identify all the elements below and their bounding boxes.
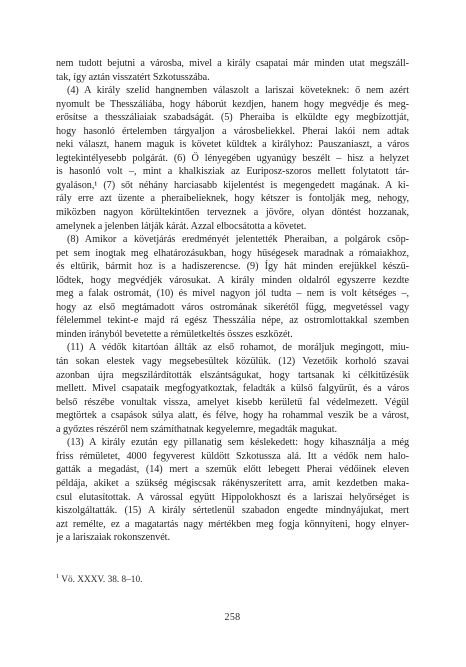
text-line: lődtek, hogy megvédjék városukat. A kirá… bbox=[56, 274, 409, 288]
text-line: meg a falak ostromát, (10) és mivel nagy… bbox=[56, 287, 409, 301]
text-line: nem tudott bejutni a városba, mivel a ki… bbox=[56, 57, 409, 71]
paragraph: nem tudott bejutni a városba, mivel a ki… bbox=[56, 57, 409, 84]
page-number: 258 bbox=[56, 612, 409, 623]
text-line: is hasonló volt –, mint a khalkisziak az… bbox=[56, 165, 409, 179]
paragraph: (4) A király szelíd hangnemben válaszolt… bbox=[56, 84, 409, 233]
paragraph: (13) A király ezután egy pillanatig sem … bbox=[56, 436, 409, 544]
text-line: (4) A király szelíd hangnemben válaszolt… bbox=[56, 84, 409, 98]
text-line: minden irányból bevetette a rémületkelté… bbox=[56, 328, 409, 342]
text-line: azt remélte, ez a magatartás nagy mérték… bbox=[56, 518, 409, 532]
text-line: miközben nagyon körültekintően terveznek… bbox=[56, 206, 409, 220]
text-line: hogy az első megtámadott város ostromána… bbox=[56, 301, 409, 315]
footnote-text: Vö. XXXV. 38. 8–10. bbox=[61, 575, 142, 585]
text-line: gyaláson,¹ (7) sőt néhány harciasabb kij… bbox=[56, 179, 409, 193]
text-line: je a lariszaiak rokonszenvét. bbox=[56, 531, 409, 545]
text-line: legtekintélyesebb polgárát. (6) Ő lényeg… bbox=[56, 152, 409, 166]
text-line: pet sem inogtak meg elhatározásukban, ho… bbox=[56, 247, 409, 261]
text-line: amelynek a jelenben látják kárát. Azzal … bbox=[56, 220, 409, 234]
text-line: friss rémületet, 4000 fegyverest küldött… bbox=[56, 450, 409, 464]
text-line: csul elutasítottak. A várossal együtt Hi… bbox=[56, 491, 409, 505]
footnote-marker: 1 bbox=[56, 573, 59, 580]
text-line: hogy hasonló értelemben tárgyaljon a vár… bbox=[56, 125, 409, 139]
text-line: erősítse a thesszáliaiak szabadságát. (5… bbox=[56, 111, 409, 125]
text-line: nyomult be Thesszáliába, hogy háborút ke… bbox=[56, 98, 409, 112]
footnote: 1Vö. XXXV. 38. 8–10. bbox=[56, 574, 409, 586]
text-line: és eltűrik, bármit hoz is a hadiszerencs… bbox=[56, 260, 409, 274]
text-line: tán sokan elestek vagy megsebesültek köz… bbox=[56, 355, 409, 369]
text-line: a győztes részéről nem számíthatnak kegy… bbox=[56, 423, 409, 437]
paragraph: (11) A védők kitartóan állták az első ro… bbox=[56, 341, 409, 436]
text-line: gatták a megadást, (14) mert a szemük el… bbox=[56, 463, 409, 477]
book-page: nem tudott bejutni a városba, mivel a ki… bbox=[0, 0, 466, 667]
text-line: neki választ, hanem maguk is követet kül… bbox=[56, 138, 409, 152]
text-line: mellett. Mivel csapataik megfogyatkoztak… bbox=[56, 382, 409, 396]
text-line: rály erre azt üzente a pheraibelieknek, … bbox=[56, 192, 409, 206]
text-line: (11) A védők kitartóan állták az első ro… bbox=[56, 341, 409, 355]
paragraph: (8) Amikor a követjárás eredményét jelen… bbox=[56, 233, 409, 341]
text-line: kiszolgáltatták. (15) A király sértetlen… bbox=[56, 504, 409, 518]
text-line: azonban újra megszilárdították elszántsá… bbox=[56, 369, 409, 383]
text-line: példája, akiket a szükség mégiscsak ráké… bbox=[56, 477, 409, 491]
text-line: megtörtek a csapások súlya alatt, és fél… bbox=[56, 409, 409, 423]
body-text: nem tudott bejutni a városba, mivel a ki… bbox=[56, 57, 409, 545]
text-line: (13) A király ezután egy pillanatig sem … bbox=[56, 436, 409, 450]
text-line: belső részébe vonultak vissza, amelyet k… bbox=[56, 396, 409, 410]
text-line: tak, így aztán visszatért Szkotusszába. bbox=[56, 71, 409, 85]
text-line: félelemmel tekint-e majd rá egész Thessz… bbox=[56, 314, 409, 328]
text-line: (8) Amikor a követjárás eredményét jelen… bbox=[56, 233, 409, 247]
